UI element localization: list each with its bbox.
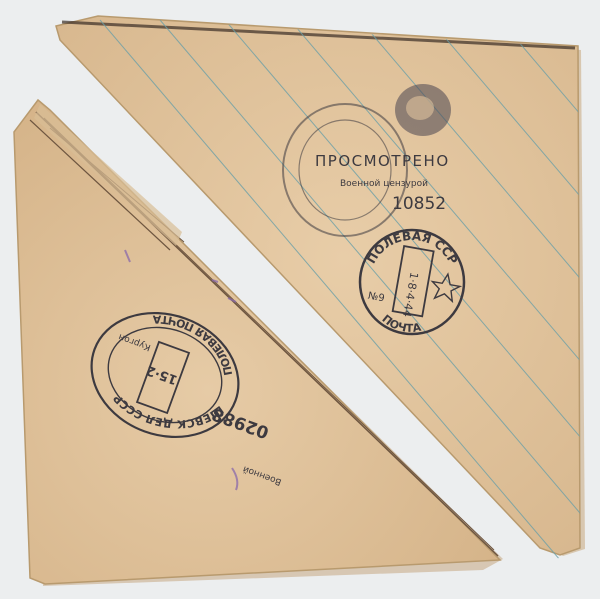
photo-scene: ПРОСМОТРЕНО Военной цензурой 10852 ПОЛЕВ… <box>0 0 600 599</box>
letters-photo: ПРОСМОТРЕНО Военной цензурой 10852 ПОЛЕВ… <box>0 0 600 599</box>
svg-text:Военной цензурой: Военной цензурой <box>340 179 428 189</box>
blot-stamp <box>395 84 451 136</box>
svg-text:10852: 10852 <box>392 194 446 214</box>
svg-text:ПРОСМОТРЕНО: ПРОСМОТРЕНО <box>315 152 450 170</box>
